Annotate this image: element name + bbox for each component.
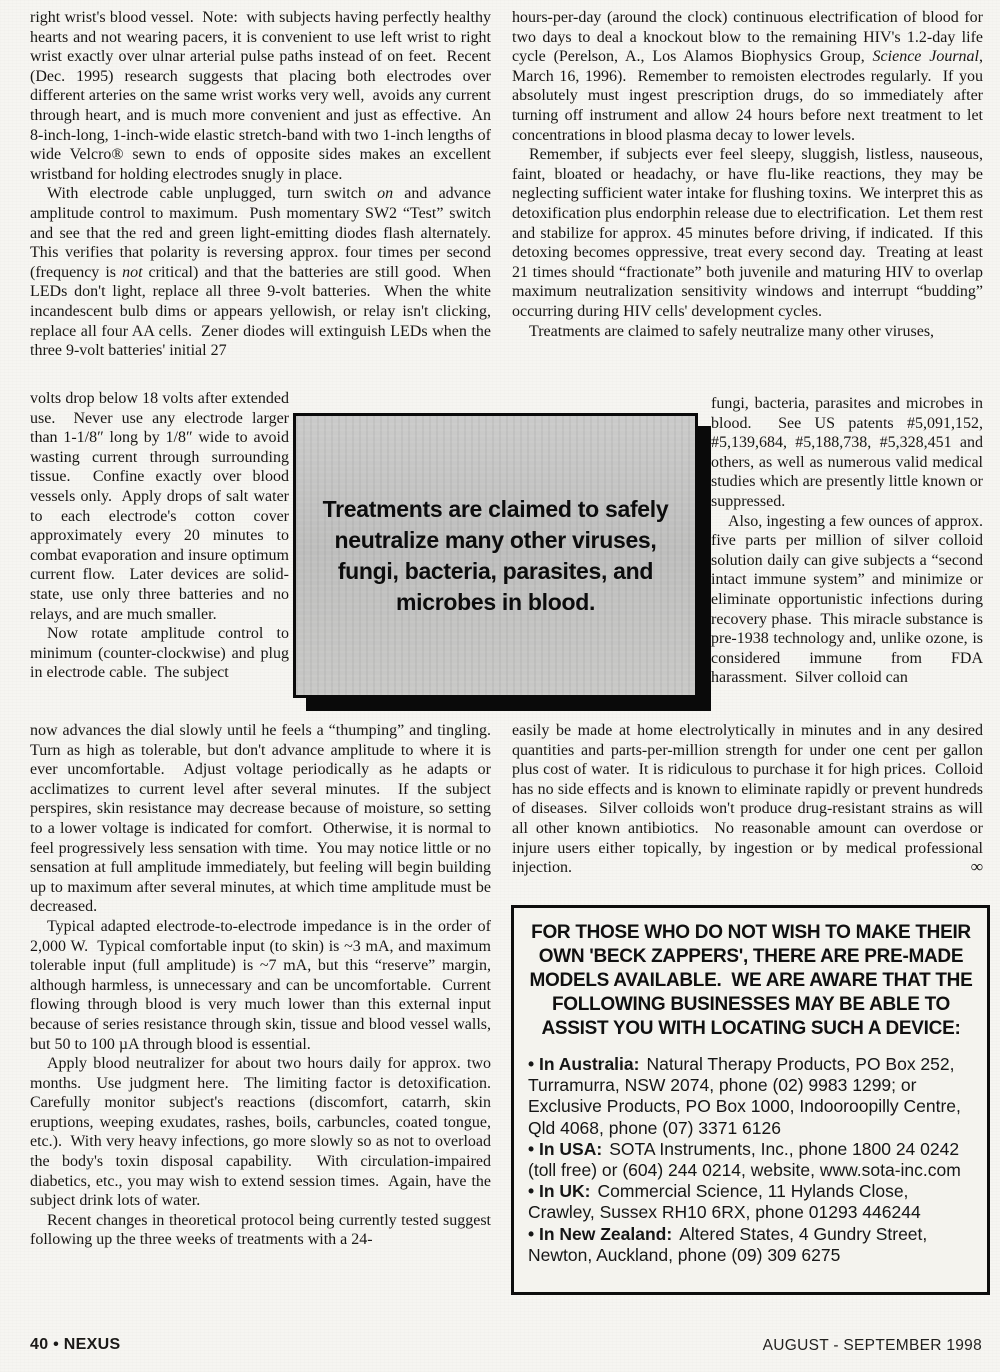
- paragraph-text: Apply blood neutralizer for about two ho…: [30, 1055, 499, 1209]
- article-text-right-bottom: easily be made at home electrolytically …: [512, 721, 983, 878]
- paragraph-text: easily be made at home electrolytically …: [512, 722, 987, 876]
- magazine-page: right wrist's blood vessel. Note: with s…: [0, 0, 1000, 1372]
- italic-word: on: [377, 185, 393, 202]
- vendor-item-new-zealand: • In New Zealand:Altered States, 4 Gundr…: [528, 1224, 974, 1266]
- vendor-item-label: • In UK:: [528, 1181, 591, 1201]
- paragraph-text: Recent changes in theoretical protocol b…: [30, 1212, 495, 1249]
- vendor-item-label: • In Australia:: [528, 1054, 639, 1074]
- vendor-item-label: • In New Zealand:: [528, 1224, 672, 1244]
- italic-word: not: [122, 264, 142, 281]
- paragraph: Treatments are claimed to safely neutral…: [512, 322, 983, 342]
- paragraph: With electrode cable unplugged, turn swi…: [30, 184, 491, 360]
- paragraph: Now rotate amplitude control to minimum …: [30, 624, 289, 683]
- vendor-item-uk: • In UK:Commercial Science, 11 Hylands C…: [528, 1181, 974, 1223]
- article-text-left-top: right wrist's blood vessel. Note: with s…: [30, 8, 491, 361]
- paragraph: Also, ingesting a few ounces of approx. …: [711, 512, 983, 688]
- article-text-right-top: hours-per-day (around the clock) continu…: [512, 8, 983, 341]
- paragraph-text: Remember, if subjects ever feel sleepy, …: [512, 146, 987, 320]
- paragraph-text: Treatments are claimed to safely neutral…: [529, 323, 934, 340]
- paragraph-text: Typical adapted electrode-to-electrode i…: [30, 918, 495, 1053]
- vendor-box-heading: FOR THOSE WHO DO NOT WISH TO MAKE THEIR …: [528, 921, 974, 1041]
- paragraph-text: right wrist's blood vessel. Note: with s…: [30, 9, 495, 183]
- article-text-right-narrow: fungi, bacteria, parasites and microbes …: [711, 394, 983, 688]
- page-number-footer: 40 • NEXUS: [30, 1336, 120, 1354]
- paragraph: hours-per-day (around the clock) continu…: [512, 8, 983, 145]
- paragraph-text: Now rotate amplitude control to minimum …: [30, 625, 293, 681]
- paragraph: now advances the dial slowly until he fe…: [30, 721, 491, 917]
- article-end-mark: ∞: [971, 857, 983, 877]
- paragraph-text: fungi, bacteria, parasites and microbes …: [711, 395, 987, 510]
- issue-date-footer: AUGUST - SEPTEMBER 1998: [763, 1337, 982, 1355]
- paragraph: Recent changes in theoretical protocol b…: [30, 1211, 491, 1250]
- pull-quote-box: Treatments are claimed to safely neutral…: [293, 413, 698, 698]
- paragraph: Typical adapted electrode-to-electrode i…: [30, 917, 491, 1054]
- vendor-item-australia: • In Australia:Natural Therapy Products,…: [528, 1054, 974, 1139]
- vendor-item-usa: • In USA:SOTA Instruments, Inc., phone 1…: [528, 1139, 974, 1181]
- paragraph: right wrist's blood vessel. Note: with s…: [30, 8, 491, 184]
- pull-quote-text: Treatments are claimed to safely neutral…: [322, 494, 669, 618]
- paragraph-text: With electrode cable unplugged, turn swi…: [47, 185, 377, 202]
- vendor-item-list: • In Australia:Natural Therapy Products,…: [528, 1054, 974, 1266]
- vendor-info-box: FOR THOSE WHO DO NOT WISH TO MAKE THEIR …: [511, 905, 990, 1295]
- paragraph: easily be made at home electrolytically …: [512, 721, 983, 878]
- paragraph: Remember, if subjects ever feel sleepy, …: [512, 145, 983, 321]
- italic-journal-name: Science Journal: [873, 48, 979, 65]
- article-text-left-narrow: volts drop below 18 volts after extended…: [30, 389, 289, 683]
- paragraph: fungi, bacteria, parasites and microbes …: [711, 394, 983, 512]
- paragraph-text: Also, ingesting a few ounces of approx. …: [711, 513, 987, 687]
- paragraph-text: now advances the dial slowly until he fe…: [30, 722, 499, 915]
- article-text-left-bottom: now advances the dial slowly until he fe…: [30, 721, 491, 1250]
- paragraph-text: volts drop below 18 volts after extended…: [30, 390, 293, 623]
- vendor-item-label: • In USA:: [528, 1139, 602, 1159]
- paragraph: Apply blood neutralizer for about two ho…: [30, 1054, 491, 1211]
- paragraph: volts drop below 18 volts after extended…: [30, 389, 289, 624]
